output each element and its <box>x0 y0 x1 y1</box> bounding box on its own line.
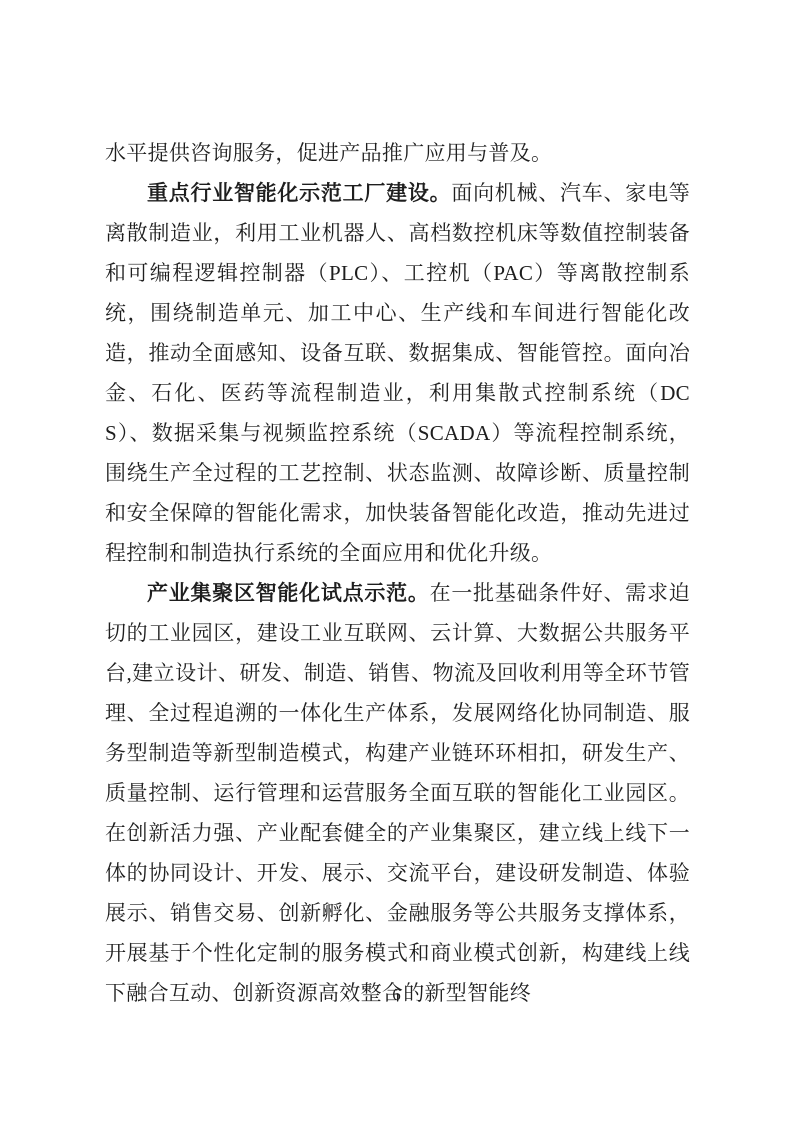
paragraph-text: 面向机械、汽车、家电等离散制造业，利用工业机器人、高档数控机床等数值控制装备和可… <box>105 181 690 565</box>
paragraph-lead: 重点行业智能化示范工厂建设。 <box>147 181 451 205</box>
paragraph: 产业集聚区智能化试点示范。在一批基础条件好、需求迫切的工业园区，建设工业互联网、… <box>105 573 690 1013</box>
paragraph-text: 在一批基础条件好、需求迫切的工业园区，建设工业互联网、云计算、大数据公共服务平台… <box>105 581 690 1005</box>
paragraph: 水平提供咨询服务，促进产品推广应用与普及。 <box>105 133 690 173</box>
page-number: 6 <box>0 983 793 1007</box>
document-body: 水平提供咨询服务，促进产品推广应用与普及。 重点行业智能化示范工厂建设。面向机械… <box>105 133 690 1013</box>
paragraph-lead: 产业集聚区智能化试点示范。 <box>147 581 430 605</box>
paragraph-text: 水平提供咨询服务，促进产品推广应用与普及。 <box>105 141 552 165</box>
document-page: 水平提供咨询服务，促进产品推广应用与普及。 重点行业智能化示范工厂建设。面向机械… <box>0 0 793 1122</box>
paragraph: 重点行业智能化示范工厂建设。面向机械、汽车、家电等离散制造业，利用工业机器人、高… <box>105 173 690 573</box>
